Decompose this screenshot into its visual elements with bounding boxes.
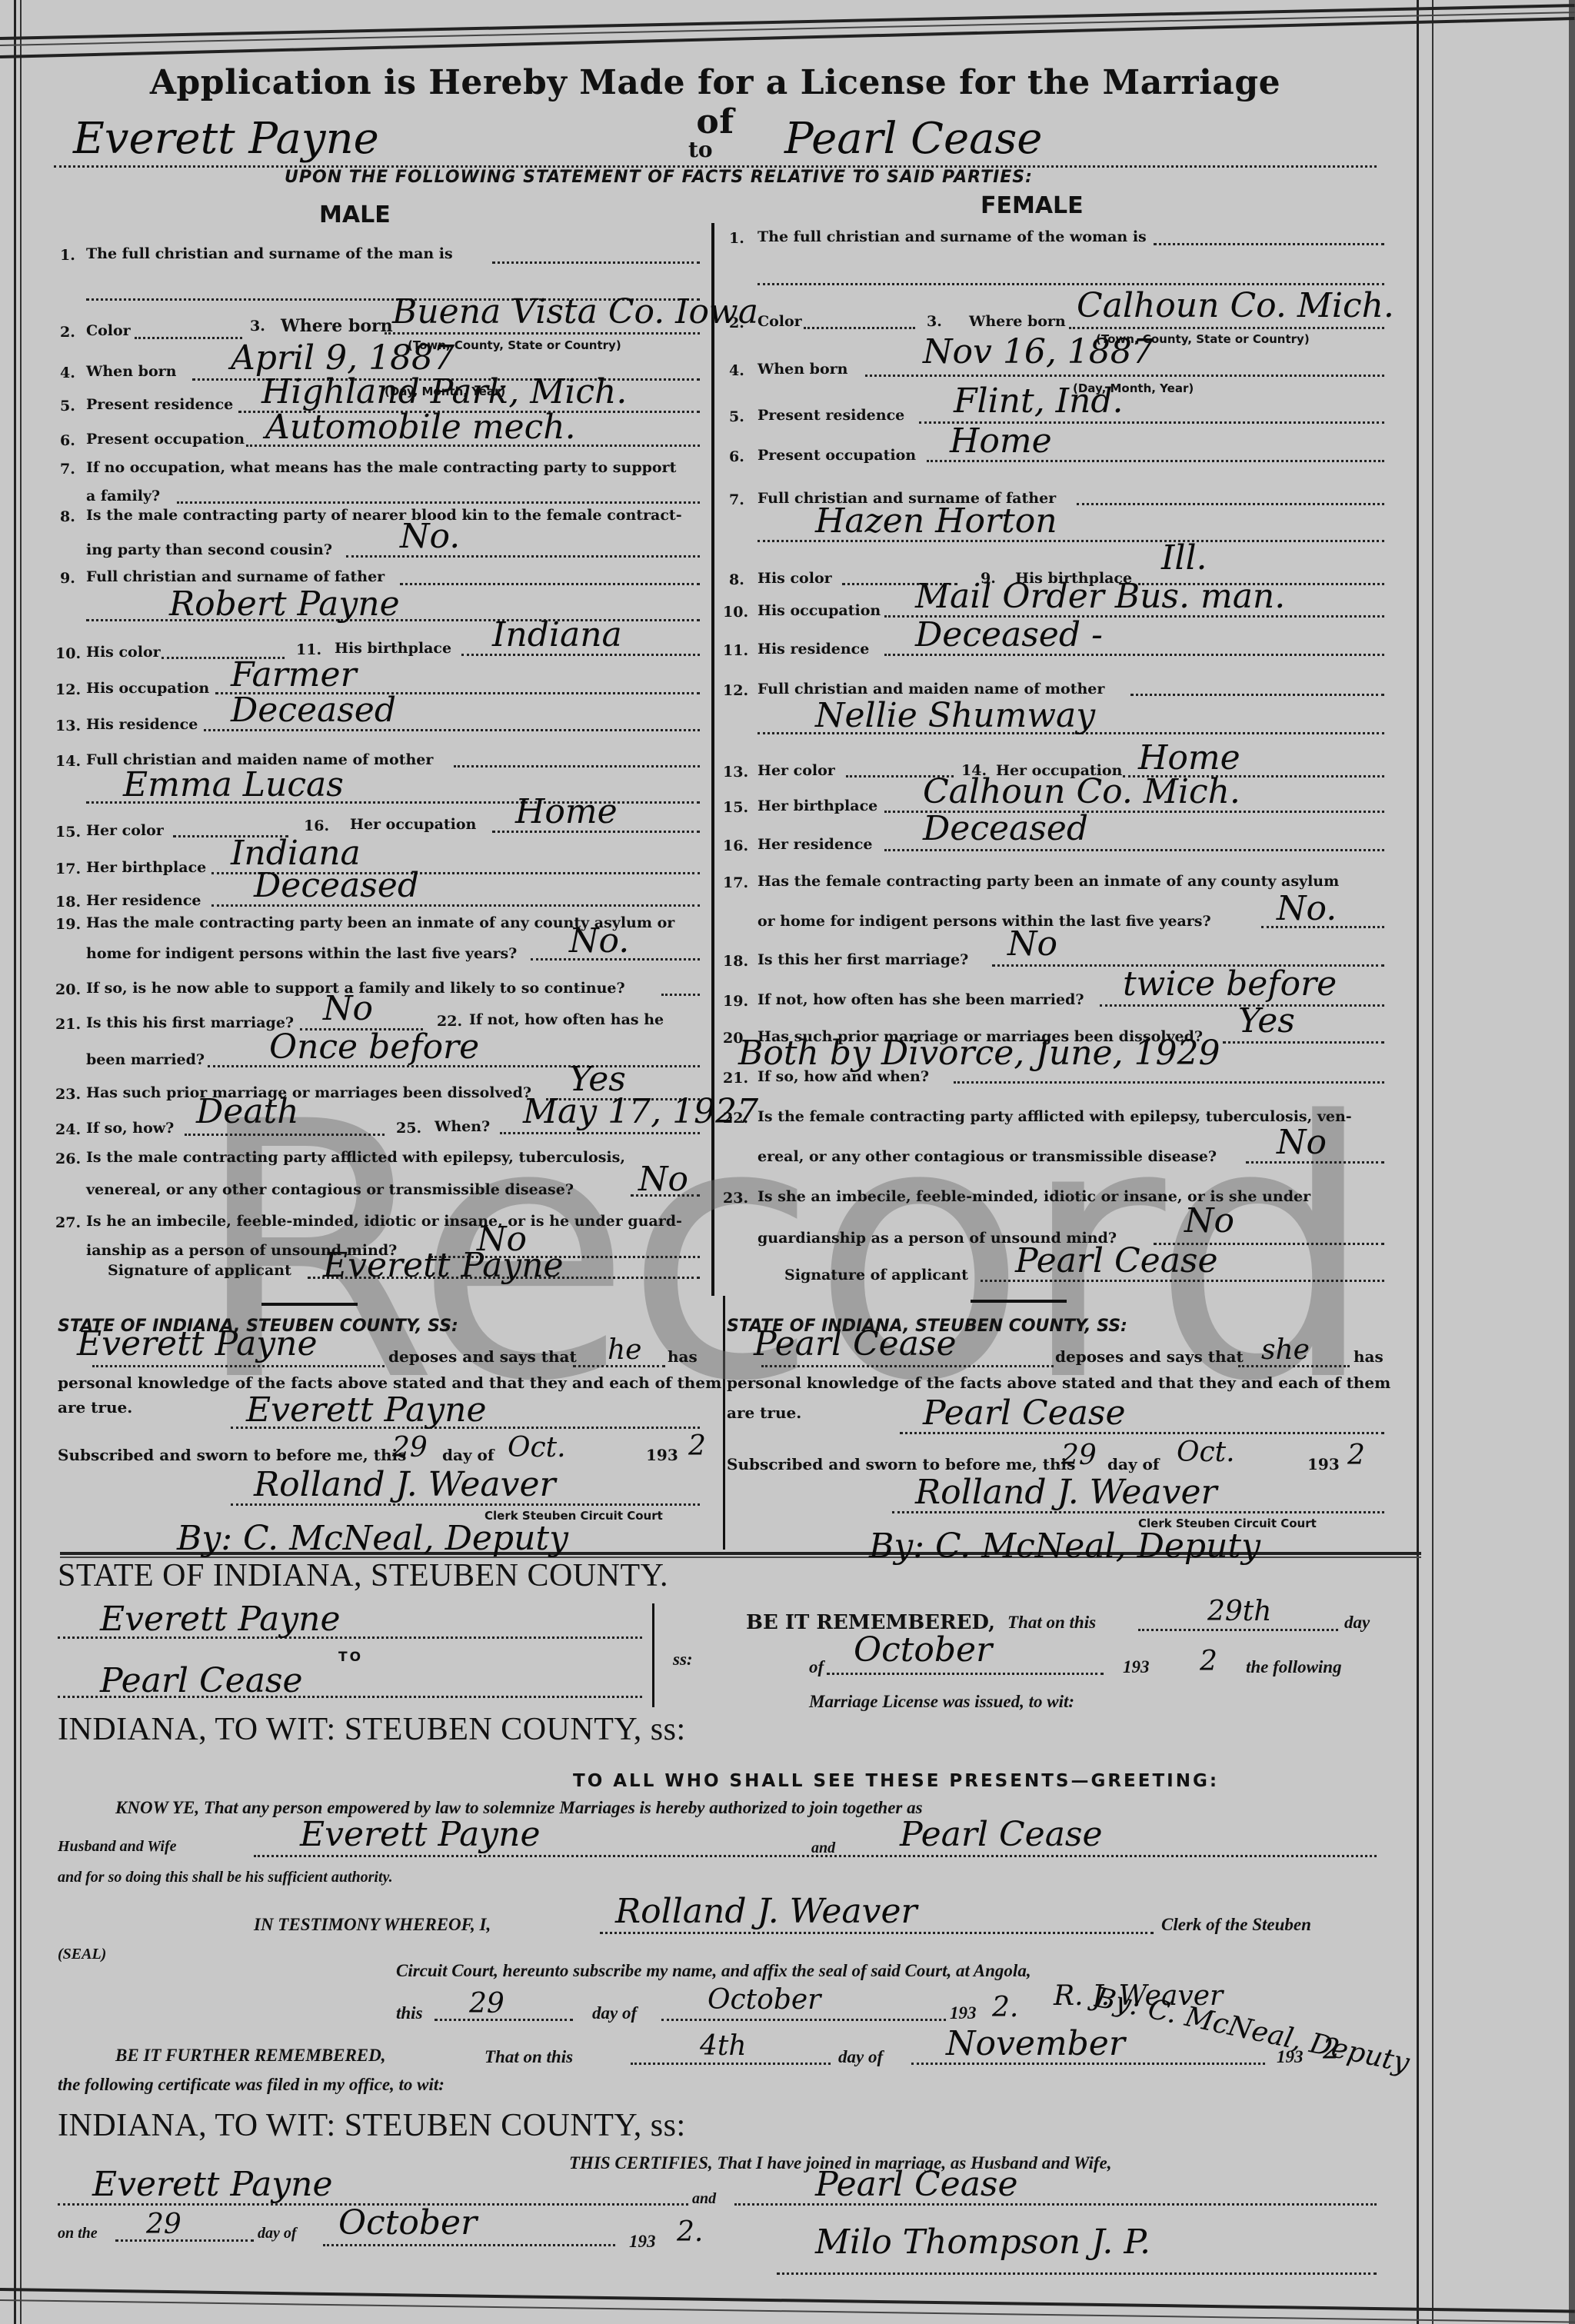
female-field-11-label: His residence: [758, 641, 869, 658]
certificate-husband: Everett Payne: [92, 2165, 333, 2204]
license-issued-month: October: [854, 1630, 992, 1670]
male-field-17-num: 17.: [55, 861, 81, 877]
male-field-23-num: 23.: [55, 1087, 81, 1103]
affidavit-male-signature: Everett Payne: [246, 1390, 487, 1430]
male-field-7-label2: a family?: [86, 488, 160, 504]
female-field-22-value: No: [1277, 1123, 1327, 1162]
male-field-5-value: Highland Park, Mich.: [261, 372, 627, 411]
license-year-prefix: 193: [1123, 1657, 1150, 1677]
male-field-24-label: If so, how?: [86, 1120, 174, 1137]
affidavit-female-year-prefix: 193: [1307, 1455, 1340, 1473]
certificate-married-day-line: [115, 2239, 254, 2242]
affidavit-male-day-of: day of: [442, 1446, 494, 1464]
license-to: TO: [338, 1650, 363, 1665]
male-field-18-num: 18.: [55, 894, 81, 911]
female-field-16-line: [884, 849, 1384, 851]
certificate-officiant: Milo Thompson J. P.: [815, 2222, 1150, 2262]
male-field-26-value: No: [638, 1160, 688, 1199]
female-field-23-num: 23.: [723, 1190, 748, 1207]
male-signature: Everett Payne: [323, 1246, 564, 1285]
female-field-7-value: Hazen Horton: [815, 501, 1057, 541]
certificate-married-month-line: [323, 2244, 615, 2246]
marriage-record-page: Record Application is Hereby Made for a …: [0, 0, 1575, 2324]
male-field-21-label: Is this his first marriage?: [86, 1015, 294, 1031]
female-field-20-value: Yes: [1238, 1001, 1295, 1040]
certificate-filed-day: 4th: [700, 2030, 747, 2062]
male-field-1-num: 1.: [60, 248, 75, 264]
male-field-21-value: No: [323, 989, 373, 1028]
female-field-22-label2: ereal, or any other contagious or transm…: [758, 1149, 1217, 1165]
female-field-21-line: [954, 1081, 1384, 1084]
affidavit-female-deputy: By: C. McNeal, Deputy: [869, 1527, 1260, 1566]
male-field-15-label: Her color: [86, 823, 164, 839]
male-field-16-num: 16.: [304, 818, 329, 834]
male-field-5-num: 5.: [60, 398, 75, 415]
female-field-22-label: Is the female contracting party afflicte…: [758, 1109, 1352, 1125]
male-field-25-value: May 17, 1927: [523, 1092, 758, 1131]
male-field-18-label: Her residence: [86, 893, 201, 909]
affidavit-female-day: 29: [1061, 1440, 1097, 1471]
male-field-20-line: [661, 994, 700, 996]
license-party1: Everett Payne: [100, 1600, 341, 1639]
female-field-15-num: 15.: [723, 800, 748, 816]
male-field-12-label: His occupation: [86, 681, 209, 697]
male-field-14-line: [454, 765, 700, 767]
male-field-27-label: Is he an imbecile, feeble-minded, idioti…: [86, 1214, 682, 1230]
male-field-3-value: Buena Vista Co. Iowa: [392, 292, 758, 331]
license-test-year-prefix: 193: [950, 2003, 977, 2023]
license-test-month-line: [661, 2019, 946, 2021]
license-test-day: 29: [469, 1988, 504, 2019]
license-husband-wife-label: Husband and Wife: [58, 1838, 176, 1856]
female-field-6-value: Home: [950, 421, 1052, 461]
male-field-8-label2: ing party than second cousin?: [86, 542, 332, 558]
male-field-10-label: His color: [86, 644, 161, 661]
female-field-1-num: 1.: [729, 231, 744, 247]
female-field-19-label: If not, how often has she been married?: [758, 992, 1084, 1008]
license-issued-month-line: [827, 1673, 1104, 1675]
bottom-band-line-1: [0, 2288, 1575, 2313]
female-field-5-num: 5.: [729, 409, 744, 425]
male-field-27-num: 27.: [55, 1215, 81, 1231]
affidavit-male-deponent-line: [92, 1365, 385, 1367]
affidavit-male-sworn-text: Subscribed and sworn to before me, this: [58, 1446, 406, 1464]
license-test-day-of: day of: [592, 2003, 637, 2023]
male-field-21-num: 21.: [55, 1017, 81, 1033]
female-field-11-num: 11.: [723, 643, 748, 659]
certificate-further-label: BE IT FURTHER REMEMBERED,: [115, 2046, 386, 2066]
affidavit-female-text2: personal knowledge of the facts above st…: [727, 1373, 1390, 1392]
male-field-7-label: If no occupation, what means has the mal…: [86, 460, 676, 476]
license-testimony-label: IN TESTIMONY WHEREOF, I,: [254, 1915, 491, 1935]
to-label: to: [688, 138, 713, 162]
license-clerk-of: Clerk of the Steuben: [1161, 1915, 1311, 1935]
certificate-married-year-prefix: 193: [629, 2232, 656, 2252]
female-field-4-label: When born: [758, 361, 847, 378]
female-field-17-num: 17.: [723, 875, 748, 891]
male-field-8-line: [346, 555, 700, 558]
affidavit-female-day-of: day of: [1107, 1455, 1159, 1473]
license-wife: Pearl Cease: [900, 1815, 1103, 1854]
male-field-26-num: 26.: [55, 1151, 81, 1167]
male-field-13-num: 13.: [55, 718, 81, 734]
certificate-day-of: day of: [838, 2047, 883, 2067]
female-field-17-value: No.: [1277, 889, 1337, 928]
female-field-2-line: [804, 327, 915, 329]
license-issued-day-line: [1138, 1629, 1338, 1631]
male-field-3-num: 3.: [250, 318, 265, 335]
affidavit-male-text3: are true.: [58, 1398, 132, 1417]
column-divider: [711, 223, 714, 1296]
female-field-21-num: 21.: [723, 1070, 748, 1087]
license-bracket: [652, 1603, 654, 1707]
male-field-11-label: His birthplace: [335, 641, 451, 657]
certificate-and: and: [692, 2190, 716, 2208]
male-field-25-label: When?: [435, 1119, 490, 1135]
male-signature-label: Signature of applicant: [108, 1263, 291, 1279]
male-field-14-num: 14.: [55, 754, 81, 770]
female-section-rule: [971, 1300, 1067, 1303]
female-field-20-line: [1223, 1041, 1384, 1044]
bottom-band-line-2: [0, 2299, 1575, 2323]
male-field-4-num: 4.: [60, 365, 75, 381]
affidavit-male-month: Oct.: [508, 1432, 566, 1463]
affidavit-male-deputy: By: C. McNeal, Deputy: [177, 1519, 568, 1558]
female-field-6-num: 6.: [729, 449, 744, 465]
license-party2: Pearl Cease: [100, 1661, 303, 1700]
license-clerk-line: [600, 1932, 1154, 1934]
male-field-22-value: Once before: [269, 1027, 479, 1067]
license-remembered-text: That on this: [1007, 1613, 1096, 1633]
female-field-3-label: Where born: [969, 314, 1066, 330]
female-field-18-label: Is this her first marriage?: [758, 952, 968, 968]
female-field-6-label: Present occupation: [758, 448, 916, 464]
affidavit-female-signature: Pearl Cease: [923, 1393, 1126, 1433]
female-field-8-num: 8.: [729, 572, 744, 588]
certificate-filed-year-suffix: 2: [1323, 2034, 1340, 2066]
license-husband: Everett Payne: [300, 1815, 541, 1854]
male-field-4-label: When born: [86, 364, 176, 380]
female-field-4-line: [865, 375, 1384, 377]
right-border-rule-inner: [1432, 0, 1433, 2324]
female-field-19-num: 19.: [723, 994, 748, 1010]
male-field-23-label: Has such prior marriage or marriages bee…: [86, 1085, 531, 1101]
female-signature-label: Signature of applicant: [784, 1267, 968, 1284]
male-field-18-value: Deceased: [254, 866, 419, 905]
male-field-12-num: 12.: [55, 682, 81, 698]
female-field-10-value: Mail Order Bus. man.: [915, 577, 1285, 616]
female-field-17-label2: or home for indigent persons within the …: [758, 914, 1211, 930]
male-field-7-line: [177, 501, 700, 504]
male-field-14-value: Emma Lucas: [123, 765, 344, 804]
license-authority-text: and for so doing this shall be his suffi…: [58, 1869, 393, 1886]
license-ss: ss:: [673, 1650, 693, 1670]
female-field-4-num: 4.: [729, 363, 744, 379]
male-field-24-num: 24.: [55, 1122, 81, 1138]
affidavit-female-month: Oct.: [1177, 1437, 1235, 1468]
female-field-4-value: Nov 16, 1887: [923, 332, 1154, 371]
license-seal: (SEAL): [58, 1946, 106, 1963]
male-field-2-line: [135, 337, 242, 339]
female-field-21-value: Both by Divorce, June, 1929: [738, 1034, 1220, 1073]
license-test-year-suffix: 2.: [992, 1992, 1018, 2023]
male-field-7-num: 7.: [60, 461, 75, 478]
male-field-26-label: Is the male contracting party afflicted …: [86, 1150, 625, 1166]
female-field-3-num: 3.: [927, 314, 942, 330]
affidavit-female-year-suffix: 2: [1347, 1440, 1365, 1471]
license-issued-text: Marriage License was issued, to wit:: [809, 1692, 1074, 1712]
left-border-rule-inner: [20, 0, 22, 2324]
male-field-2-num: 2.: [60, 325, 75, 341]
female-field-7-line: [1077, 503, 1384, 505]
female-field-1-line: [1154, 243, 1384, 245]
affidavit-male-pronoun: he: [608, 1334, 642, 1366]
male-field-6-value: Automobile mech.: [265, 408, 576, 447]
female-field-3-value: Calhoun Co. Mich.: [1077, 286, 1394, 325]
left-border-rule: [14, 0, 16, 2324]
male-column-heading: MALE: [319, 201, 391, 228]
male-field-24-value: Death: [196, 1092, 299, 1131]
male-field-19-num: 19.: [55, 917, 81, 933]
license-day-word: day: [1344, 1613, 1370, 1633]
male-field-3-line: [385, 332, 700, 335]
certificate-filed-text: the following certificate was filed in m…: [58, 2075, 445, 2095]
female-field-9-value: Ill.: [1161, 538, 1207, 578]
male-field-9-label: Full christian and surname of father: [86, 569, 385, 585]
affidavit-female-pronoun: she: [1261, 1334, 1310, 1366]
female-field-10-num: 10.: [723, 604, 748, 621]
certificate-married-day-of: day of: [258, 2225, 297, 2242]
license-test-month: October: [708, 1984, 821, 2016]
affidavit-female-deponent-line: [761, 1365, 1054, 1367]
affidavit-divider: [723, 1296, 725, 1550]
affidavit-female-clerk-signature: Rolland J. Weaver: [915, 1473, 1217, 1512]
male-field-8-value: No.: [400, 517, 460, 556]
female-field-12-line: [1130, 694, 1384, 696]
female-field-13-num: 13.: [723, 764, 748, 781]
female-field-13-label: Her color: [758, 763, 835, 779]
male-field-13-label: His residence: [86, 717, 198, 733]
affidavit-female-text1: deposes and says that: [1055, 1347, 1244, 1366]
male-field-13-value: Deceased: [231, 691, 396, 730]
female-field-23-value: No: [1184, 1201, 1234, 1240]
female-field-15-value: Calhoun Co. Mich.: [923, 772, 1240, 811]
affidavit-female-sworn-text: Subscribed and sworn to before me, this: [727, 1455, 1075, 1473]
female-field-12-num: 12.: [723, 683, 748, 699]
license-issued-day: 29th: [1207, 1596, 1271, 1627]
male-field-16-label: Her occupation: [350, 817, 476, 833]
affidavit-male-deponent: Everett Payne: [77, 1324, 318, 1363]
female-field-16-num: 16.: [723, 838, 748, 854]
male-section-rule: [261, 1303, 358, 1306]
female-field-18-value: No: [1007, 924, 1057, 964]
female-field-17-label: Has the female contracting party been an…: [758, 874, 1339, 890]
male-field-17-label: Her birthplace: [86, 860, 206, 876]
male-field-8-num: 8.: [60, 509, 75, 525]
male-field-2-label: Color: [86, 323, 131, 339]
female-field-16-label: Her residence: [758, 837, 873, 853]
female-field-10-label: His occupation: [758, 603, 881, 619]
male-field-22-label2: been married?: [86, 1052, 205, 1068]
affidavit-male-text1: deposes and says that: [388, 1347, 577, 1366]
male-field-19-label2: home for indigent persons within the las…: [86, 946, 517, 962]
bride-name-handwritten: Pearl Cease: [784, 114, 1042, 164]
male-field-3-label: Where born: [281, 317, 393, 335]
top-band-line-2: [0, 12, 1575, 46]
male-field-20-num: 20.: [55, 982, 81, 998]
license-state-header: STATE OF INDIANA, STEUBEN COUNTY.: [58, 1557, 668, 1594]
license-issued-year-suffix: 2: [1200, 1646, 1217, 1677]
male-field-24-line: [185, 1134, 385, 1136]
certificate-filed-month: November: [946, 2024, 1125, 2063]
female-field-5-label: Present residence: [758, 408, 904, 424]
female-field-2-label: Color: [758, 314, 802, 330]
certificate-married-year-suffix: 2.: [677, 2216, 703, 2248]
page-edge: [1569, 0, 1575, 2324]
certificate-officiant-line: [777, 2272, 1377, 2275]
affidavit-male-clerk-signature: Rolland J. Weaver: [254, 1465, 556, 1504]
male-field-5-label: Present residence: [86, 397, 233, 413]
certificate-further-text: That on this: [484, 2047, 573, 2067]
female-field-19-value: twice before: [1123, 964, 1337, 1004]
female-signature: Pearl Cease: [1015, 1241, 1218, 1280]
male-field-1-line: [492, 261, 700, 264]
license-of-word: of: [809, 1657, 824, 1677]
certificate-on-the: on the: [58, 2225, 98, 2242]
male-field-12-value: Farmer: [231, 655, 357, 694]
male-field-11-value: Indiana: [492, 615, 622, 654]
groom-name-handwritten: Everett Payne: [73, 114, 379, 164]
female-field-12-label: Full christian and maiden name of mother: [758, 681, 1104, 698]
license-this-label: this: [396, 2003, 423, 2023]
female-field-15-label: Her birthplace: [758, 798, 877, 814]
male-field-6-num: 6.: [60, 433, 75, 449]
female-field-5-value: Flint, Ind.: [954, 381, 1124, 421]
male-field-25-line: [500, 1132, 700, 1134]
female-field-1-label: The full christian and surname of the wo…: [758, 229, 1147, 245]
certificate-married-day: 29: [146, 2209, 181, 2240]
female-field-12-value: Nellie Shumway: [815, 696, 1095, 735]
certificate-filed-day-line: [631, 2063, 831, 2065]
license-greeting: TO ALL WHO SHALL SEE THESE PRESENTS—GREE…: [573, 1771, 1219, 1791]
affidavit-male-text2: personal knowledge of the facts above st…: [58, 1373, 721, 1392]
subtitle: UPON THE FOLLOWING STATEMENT OF FACTS RE…: [285, 168, 1033, 187]
female-field-1-line2: [758, 283, 1384, 285]
female-field-8-label: His color: [758, 571, 832, 587]
license-following: the following: [1246, 1657, 1342, 1677]
right-border-rule: [1417, 0, 1419, 2324]
license-clerk-signature: Rolland J. Weaver: [615, 1892, 917, 1931]
male-field-9-value: Robert Payne: [169, 584, 400, 624]
female-field-18-num: 18.: [723, 954, 748, 970]
license-circuit-text: Circuit Court, hereunto subscribe my nam…: [396, 1961, 1031, 1981]
female-field-16-value: Deceased: [923, 809, 1088, 848]
male-field-19-value: No.: [569, 921, 629, 961]
certificate-to-wit-header: INDIANA, TO WIT: STEUBEN COUNTY, ss:: [58, 2107, 686, 2144]
male-field-26-label2: venereal, or any other contagious or tra…: [86, 1182, 574, 1198]
female-field-7-num: 7.: [729, 492, 744, 508]
male-field-10-num: 10.: [55, 646, 81, 662]
male-field-9-line: [400, 583, 700, 585]
female-field-11-value: Deceased -: [915, 615, 1103, 654]
certificate-married-month: October: [338, 2203, 477, 2242]
male-field-9-num: 9.: [60, 571, 75, 587]
affidavit-male-text1b: has: [668, 1347, 698, 1366]
male-field-16-value: Home: [515, 792, 618, 831]
male-field-22-label: If not, how often has he: [469, 1012, 664, 1028]
male-field-15-num: 15.: [55, 824, 81, 841]
affidavit-female-text1b: has: [1354, 1347, 1384, 1366]
affidavit-female-deponent: Pearl Cease: [754, 1324, 957, 1363]
affidavit-male-day: 29: [392, 1432, 428, 1463]
certificate-wife: Pearl Cease: [815, 2165, 1018, 2204]
affidavit-male-year-suffix: 2: [688, 1430, 706, 1462]
license-and: and: [811, 1840, 835, 1857]
license-to-wit-header: INDIANA, TO WIT: STEUBEN COUNTY, ss:: [58, 1711, 686, 1748]
female-field-3-line: [1069, 327, 1384, 329]
male-field-1-label: The full christian and surname of the ma…: [86, 246, 453, 262]
female-column-heading: FEMALE: [981, 192, 1084, 219]
male-field-25-num: 25.: [396, 1120, 421, 1137]
affidavit-female-text3: are true.: [727, 1403, 801, 1422]
affidavit-male-year-prefix: 193: [646, 1446, 678, 1464]
male-field-8-label: Is the male contracting party of nearer …: [86, 508, 682, 524]
male-field-6-label: Present occupation: [86, 431, 245, 448]
